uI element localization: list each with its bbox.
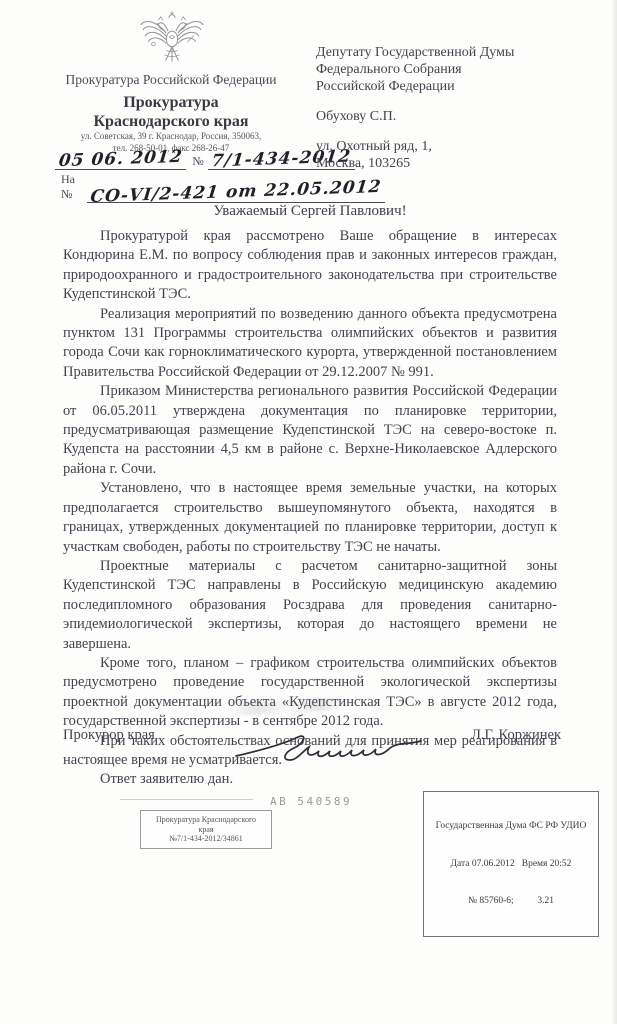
body-paragraph: Прокуратурой края рассмотрено Ваше обращ… [63, 227, 557, 305]
right-stamp-line: № 85760-6; 3.21 [425, 895, 597, 908]
salutation: Уважаемый Сергей Павлович! [63, 203, 557, 220]
scan-fold-line [120, 799, 253, 800]
left-stamp-line: Прокуратура Краснодарского [143, 815, 269, 825]
recipient-line: Российской Федерации [316, 78, 576, 95]
recipient-block: Депутату Государственной Думы Федерально… [316, 44, 576, 172]
outgoing-date-handwritten: 05 06. 2012 [58, 147, 184, 171]
signer-name: Л.Г. Коржинек [471, 727, 561, 744]
incoming-number-field: СО-VI/2-421 от 22.05.2012 [87, 182, 385, 203]
handwritten-signature-icon [232, 720, 427, 772]
incoming-reference-row: На № СО-VI/2-421 от 22.05.2012 [55, 172, 385, 203]
body-paragraph: Приказом Министерства регионального разв… [63, 382, 557, 479]
reply-label: На № [55, 172, 87, 203]
duma-registration-stamp: Государственная Дума ФС РФ УДИО Дата 07.… [423, 791, 599, 937]
signer-title: Прокурор края [63, 727, 155, 744]
body-paragraph: Ответ заявителю дан. [63, 770, 557, 789]
recipient-address-line: Москва, 103265 [316, 155, 576, 172]
right-stamp-line: Дата 07.06.2012 Время 20:52 [425, 858, 597, 871]
recipient-name: Обухову С.П. [316, 108, 576, 125]
org-parent-title: Прокуратура Российской Федерации [40, 72, 302, 88]
form-serial-number: АВ 540589 [270, 795, 352, 808]
recipient-address-line: ул. Охотный ряд, 1, [316, 138, 576, 155]
body-paragraph: Установлено, что в настоящее время земел… [63, 479, 557, 557]
recipient-line: Депутату Государственной Думы [316, 44, 576, 61]
org-address-line1: ул. Советская, 39 г. Краснодар, Россия, … [40, 131, 302, 143]
left-stamp-line: края [143, 825, 269, 835]
body-paragraph: Проектные материалы с расчетом санитарно… [63, 557, 557, 654]
right-stamp-line: Государственная Дума ФС РФ УДИО [425, 820, 597, 833]
org-name: Прокуратура Краснодарского края [40, 93, 302, 131]
prosecutor-registration-stamp: Прокуратура Краснодарского края №7/1-434… [140, 810, 272, 849]
recipient-line: Федерального Собрания [316, 61, 576, 78]
left-stamp-line: №7/1-434-2012/34861 [143, 834, 269, 844]
recipient-address: ул. Охотный ряд, 1, Москва, 103265 [316, 138, 576, 172]
org-name-line2: Краснодарского края [40, 112, 302, 131]
org-name-line1: Прокуратура [40, 93, 302, 112]
scanned-letter-page: Прокуратура Российской Федерации Прокура… [0, 0, 617, 1024]
russian-coat-of-arms-icon [138, 10, 206, 72]
outgoing-date-field: 05 06. 2012 [55, 149, 186, 170]
body-paragraph: Реализация мероприятий по возведению дан… [63, 305, 557, 383]
number-label: № [186, 154, 207, 170]
scan-edge-shadow [611, 0, 617, 1024]
